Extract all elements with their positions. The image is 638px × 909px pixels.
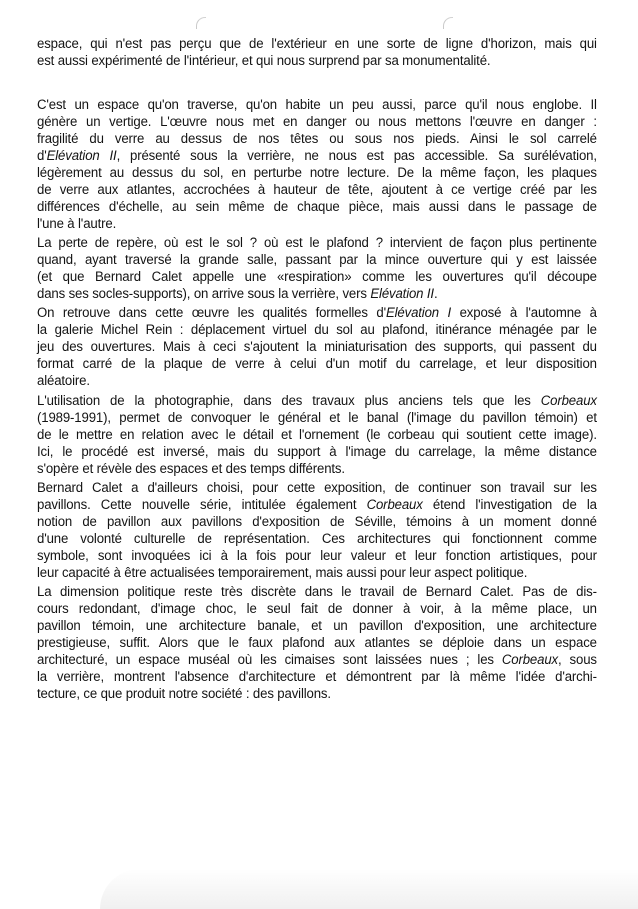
paragraph: Bernard Calet a d'ailleurs choisi, pour …: [37, 480, 597, 582]
text-line: format carré de la plaque de verre à cel…: [37, 356, 597, 373]
text-line: notion de pavillon aux pavillons d'expos…: [37, 514, 597, 531]
text-line: jeu des ouvertures. Mais à ceci s'ajoute…: [37, 339, 597, 356]
text-line: fragilité du verre au dessus de nos tête…: [37, 131, 597, 148]
page-edge-shadow: [100, 869, 638, 909]
text-line: On retrouve dans cette œuvre les qualité…: [37, 305, 597, 322]
text-line: légèrement au dessus du sol, en perturbe…: [37, 165, 597, 182]
text-line: symbole, sont invoquées ici à la fois po…: [37, 548, 597, 565]
paragraph: espace, qui n'est pas perçu que de l'ext…: [37, 36, 597, 70]
scanned-document-page: espace, qui n'est pas perçu que de l'ext…: [0, 0, 638, 909]
text-line: de verre aux atlantes, accrochées à haut…: [37, 182, 597, 199]
paragraph: La dimension politique reste très discrè…: [37, 584, 597, 703]
italic-title: Corbeaux: [541, 393, 597, 409]
italic-title: Elévation II: [370, 286, 434, 302]
text-line: aléatoire.: [37, 373, 597, 390]
text-line: Bernard Calet a d'ailleurs choisi, pour …: [37, 480, 597, 497]
text-line: l'une à l'autre.: [37, 216, 597, 233]
italic-title: Elévation I: [386, 305, 451, 321]
text-line: La perte de repère, où est le sol ? où e…: [37, 235, 597, 252]
italic-title: Corbeaux: [367, 497, 423, 513]
text-line: s'opère et révèle des espaces et des tem…: [37, 461, 597, 478]
text-line: différences d'échelle, au sein même de c…: [37, 199, 597, 216]
text-line: est aussi expérimenté de l'intérieur, et…: [37, 53, 597, 70]
text-line: d'une volonté culturelle de représentati…: [37, 531, 597, 548]
text-line: la galerie Michel Rein : déplacement vir…: [37, 322, 597, 339]
text-line: pavillon témoin, une architecture banale…: [37, 618, 597, 635]
text-line: Ici, le procédé est inversé, mais du sup…: [37, 444, 597, 461]
text-line: espace, qui n'est pas perçu que de l'ext…: [37, 36, 597, 53]
text-line: C'est un espace qu'on traverse, qu'on ha…: [37, 97, 597, 114]
paragraph: L'utilisation de la photographie, dans d…: [37, 393, 597, 478]
binding-hole-mark-left: [196, 17, 206, 29]
text-line: leur capacité à être actualisées tempora…: [37, 565, 597, 582]
text-line: dans ses socles-supports), on arrive sou…: [37, 286, 597, 303]
text-line: (et que Bernard Calet appelle une «respi…: [37, 269, 597, 286]
text-line: la verrière, montrent l'absence d'archit…: [37, 669, 597, 686]
text-line: cours redondant, d'image choc, le seul f…: [37, 601, 597, 618]
paragraph: On retrouve dans cette œuvre les qualité…: [37, 305, 597, 390]
text-line: de le mettre en relation avec le détail …: [37, 427, 597, 444]
text-line: d'Elévation II, présenté sous la verrièr…: [37, 148, 597, 165]
text-line: L'utilisation de la photographie, dans d…: [37, 393, 597, 410]
text-line: quand, ayant traversé la grande salle, p…: [37, 252, 597, 269]
italic-title: Corbeaux: [502, 652, 558, 668]
text-line: tecture, ce que produit notre société : …: [37, 686, 597, 703]
text-line: (1989-1991), permet de convoquer le géné…: [37, 410, 597, 427]
binding-hole-mark-right: [443, 17, 453, 29]
text-line: La dimension politique reste très discrè…: [37, 584, 597, 601]
text-line: architecturé, un espace muséal où les ci…: [37, 652, 597, 669]
paragraph: La perte de repère, où est le sol ? où e…: [37, 235, 597, 303]
text-line: prestigieuse, suffit. Alors que le faux …: [37, 635, 597, 652]
text-line: génère un vertige. L'œuvre nous met en d…: [37, 114, 597, 131]
paragraph: C'est un espace qu'on traverse, qu'on ha…: [37, 97, 597, 233]
italic-title: Elévation II: [47, 148, 117, 164]
text-line: pavillons. Cette nouvelle série, intitul…: [37, 497, 597, 514]
